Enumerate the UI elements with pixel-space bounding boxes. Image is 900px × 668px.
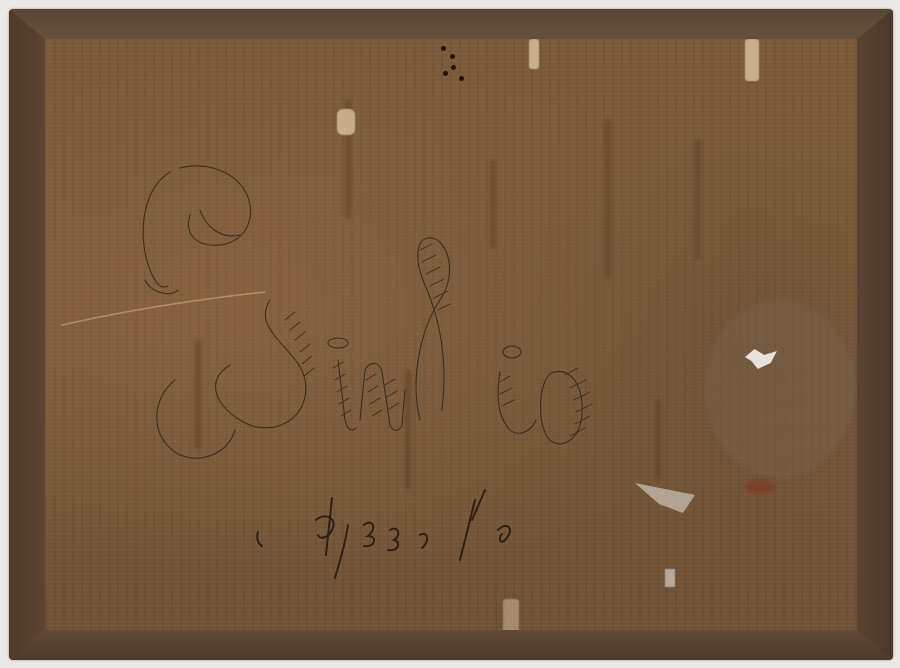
worm-hole [451, 65, 456, 70]
wood-streak [605, 119, 611, 279]
sketch-text: Sinuo [0, 0, 1, 1]
frame-bevel-right [857, 9, 893, 660]
worm-hole [450, 54, 455, 59]
wood-streak [405, 369, 411, 489]
worm-hole [443, 71, 448, 76]
frame-bevel-bottom [9, 630, 893, 660]
frame-bevel-top [9, 9, 893, 39]
wooden-panel [9, 9, 893, 660]
wood-chip [745, 39, 759, 81]
frame-bevel-left [9, 9, 45, 660]
wood-chip [529, 39, 539, 69]
wood-chip [337, 109, 355, 135]
panel-center-field [45, 39, 857, 630]
inscription-text: Sprzate [0, 0, 1, 1]
wood-streak [655, 399, 661, 479]
water-stain [705, 299, 855, 479]
image-canvas: Sinuo Sprzate [0, 0, 900, 668]
wood-streak [490, 159, 496, 249]
wood-streak [695, 139, 701, 259]
red-stain [745, 479, 775, 495]
worm-hole [459, 76, 464, 81]
worm-hole [441, 46, 446, 51]
paint-fleck [665, 569, 675, 587]
paint-fleck [635, 483, 695, 513]
wood-streak [195, 339, 201, 449]
